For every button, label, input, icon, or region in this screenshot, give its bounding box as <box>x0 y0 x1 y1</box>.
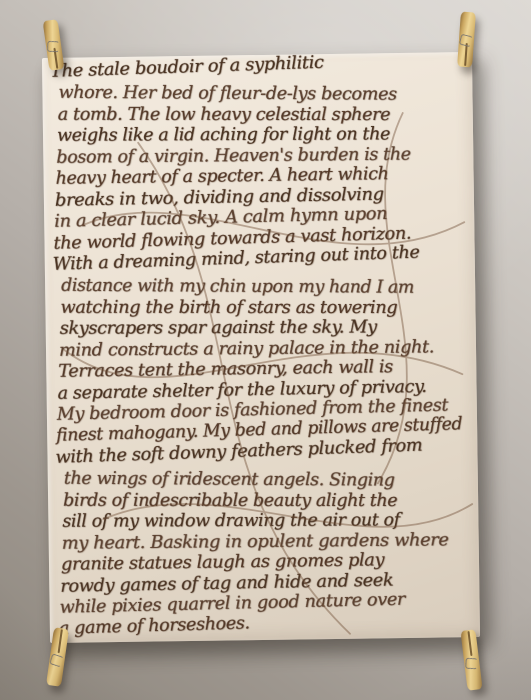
manuscript-line: watching the birth of stars as towering <box>60 297 463 319</box>
clothespin-top-right <box>457 12 476 68</box>
manuscript-line: whore. Her bed of fleur-de-lys becomes <box>58 82 458 106</box>
clothespin-spring-wire-icon <box>47 41 59 52</box>
manuscript-paper: The stale boudoir of a syphiliticwhore. … <box>42 52 480 643</box>
manuscript-line: the wings of iridescent angels. Singing <box>64 468 461 492</box>
manuscript-line: a tomb. The low heavy celestial sphere <box>58 104 457 126</box>
clothespin-bottom-right <box>460 629 482 690</box>
clothespin-spring-wire-icon <box>465 657 478 669</box>
manuscript-line: birds of indescribable beauty alight the <box>63 490 459 512</box>
manuscript-line: The stale boudoir of a syphilitic <box>50 47 456 82</box>
manuscript-line: distance with my chin upon my hand I am <box>61 275 454 299</box>
photo-scene: The stale boudoir of a syphiliticwhore. … <box>0 0 531 700</box>
manuscript-text-block: The stale boudoir of a syphiliticwhore. … <box>52 55 468 643</box>
